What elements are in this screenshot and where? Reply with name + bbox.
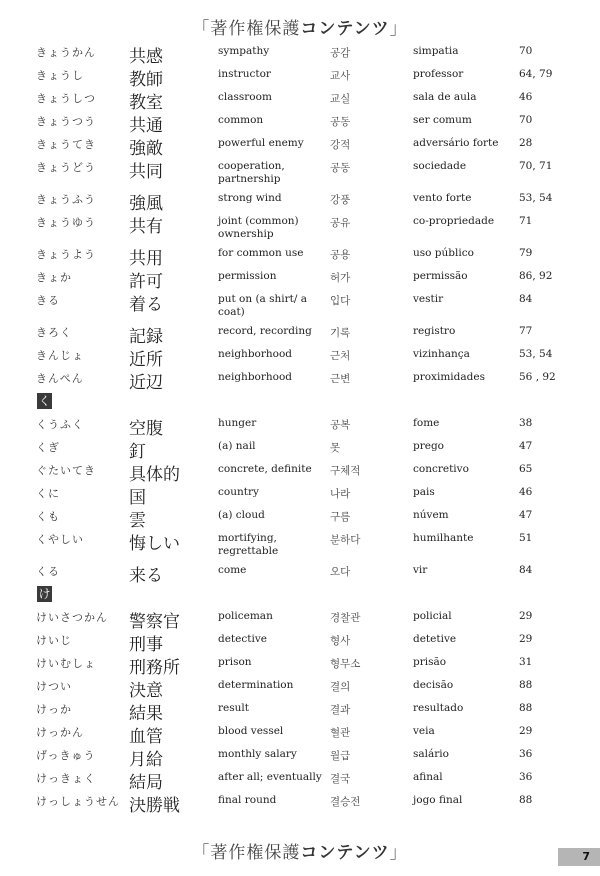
reading-kana: けいじ xyxy=(36,632,72,648)
translation-korean: 허가 xyxy=(330,270,350,285)
reading-kana: きょうよう xyxy=(36,246,96,262)
section-kana-badge: け xyxy=(37,586,52,602)
word-kanji: 教室 xyxy=(129,88,163,113)
page-references: 70 xyxy=(519,114,532,126)
reading-kana: きる xyxy=(36,292,60,308)
translation-portuguese: concretivo xyxy=(413,463,469,475)
reading-kana: きんぺん xyxy=(36,370,84,386)
translation-english: put on (a shirt/ a coat) xyxy=(218,293,323,319)
translation-portuguese: prisão xyxy=(413,656,446,668)
translation-korean: 강적 xyxy=(330,137,350,152)
translation-korean: 근처 xyxy=(330,348,350,363)
vocab-entry: けつい決意determination결의decisão88 xyxy=(0,676,600,699)
translation-portuguese: uso público xyxy=(413,247,474,259)
translation-portuguese: decisão xyxy=(413,679,453,691)
translation-portuguese: salário xyxy=(413,748,449,760)
translation-english: joint (common) ownership xyxy=(218,215,323,241)
translation-portuguese: núvem xyxy=(413,509,449,521)
word-kanji: 具体的 xyxy=(129,460,180,485)
translation-portuguese: policial xyxy=(413,610,452,622)
reading-kana: げっきゅう xyxy=(36,747,95,763)
word-kanji: 記録 xyxy=(129,322,163,347)
page-references: 70, 71 xyxy=(519,160,552,172)
word-kanji: 釘 xyxy=(129,437,146,462)
reading-kana: けっきょく xyxy=(36,770,96,786)
page-references: 36 xyxy=(519,771,532,783)
translation-korean: 교사 xyxy=(330,68,350,83)
translation-portuguese: detetive xyxy=(413,633,456,645)
word-kanji: 共用 xyxy=(129,244,163,269)
page-references: 47 xyxy=(519,509,532,521)
translation-english: neighborhood xyxy=(218,371,323,384)
word-kanji: 刑事 xyxy=(129,630,163,655)
word-kanji: 共感 xyxy=(129,42,163,67)
word-kanji: 教師 xyxy=(129,65,163,90)
vocab-entry: きょか許可permission허가permissão86, 92 xyxy=(0,267,600,290)
reading-kana: くに xyxy=(36,485,60,501)
reading-kana: くやしい xyxy=(36,531,84,547)
translation-english: policeman xyxy=(218,610,323,623)
translation-portuguese: vento forte xyxy=(413,192,471,204)
page-references: 65 xyxy=(519,463,532,475)
translation-english: classroom xyxy=(218,91,323,104)
translation-portuguese: ser comum xyxy=(413,114,472,126)
translation-korean: 분하다 xyxy=(330,532,360,547)
vocab-entry: けっきょく結局after all; eventually결국afinal36 xyxy=(0,768,600,791)
vocab-entry: きょうよう共用for common use공용uso público79 xyxy=(0,244,600,267)
reading-kana: きょうゆう xyxy=(36,214,96,230)
reading-kana: けいむしょ xyxy=(36,655,96,671)
vocab-entry: げっきゅう月給monthly salary월급salário36 xyxy=(0,745,600,768)
vocab-entry: けっしょうせん決勝戦final round결승전jogo final88 xyxy=(0,791,600,814)
reading-kana: けいさつかん xyxy=(36,609,108,625)
translation-korean: 근변 xyxy=(330,371,350,386)
page-references: 64, 79 xyxy=(519,68,552,80)
translation-portuguese: co-propriedade xyxy=(413,215,494,227)
vocab-entry: きょうつう共通common공동ser comum70 xyxy=(0,111,600,134)
translation-korean: 월급 xyxy=(330,748,350,763)
watermark-suffix: 」 xyxy=(390,19,408,39)
reading-kana: けっか xyxy=(36,701,72,717)
translation-english: (a) nail xyxy=(218,440,323,453)
watermark-prefix: 「著作権保護 xyxy=(192,19,300,39)
translation-portuguese: pais xyxy=(413,486,435,498)
reading-kana: けっかん xyxy=(36,724,84,740)
page-references: 47 xyxy=(519,440,532,452)
translation-portuguese: registro xyxy=(413,325,455,337)
translation-english: final round xyxy=(218,794,323,807)
translation-korean: 결의 xyxy=(330,679,350,694)
vocab-entry: きょうどう共同cooperation, partnership공동socieda… xyxy=(0,157,600,189)
vocab-entry: きんじょ近所neighborhood근처vizinhança53, 54 xyxy=(0,345,600,368)
word-kanji: 雲 xyxy=(129,506,146,531)
translation-korean: 공감 xyxy=(330,45,350,60)
translation-english: after all; eventually xyxy=(218,771,323,784)
page-references: 29 xyxy=(519,633,532,645)
translation-portuguese: fome xyxy=(413,417,439,429)
word-kanji: 決勝戦 xyxy=(129,791,180,816)
translation-korean: 공복 xyxy=(330,417,350,432)
vocab-entry: きる着るput on (a shirt/ a coat)입다vestir84 xyxy=(0,290,600,322)
reading-kana: きょうどう xyxy=(36,159,96,175)
translation-portuguese: resultado xyxy=(413,702,463,714)
reading-kana: きょうふう xyxy=(36,191,96,207)
translation-english: instructor xyxy=(218,68,323,81)
translation-korean: 공유 xyxy=(330,215,350,230)
translation-english: result xyxy=(218,702,323,715)
translation-english: blood vessel xyxy=(218,725,323,738)
translation-korean: 공동 xyxy=(330,114,350,129)
translation-english: determination xyxy=(218,679,323,692)
page-references: 36 xyxy=(519,748,532,760)
translation-portuguese: sociedade xyxy=(413,160,466,172)
vocab-entry: きょうかん共感sympathy공감simpatia70 xyxy=(0,42,600,65)
translation-portuguese: afinal xyxy=(413,771,443,783)
reading-kana: きょうし xyxy=(36,67,84,83)
translation-portuguese: vir xyxy=(413,564,427,576)
word-kanji: 許可 xyxy=(129,267,163,292)
reading-kana: きんじょ xyxy=(36,347,84,363)
translation-korean: 결과 xyxy=(330,702,350,717)
watermark-bold: コンテンツ xyxy=(300,843,389,863)
page-references: 88 xyxy=(519,794,532,806)
vocab-entry: きょうふう強風strong wind강풍vento forte53, 54 xyxy=(0,189,600,212)
page-number: 7 xyxy=(582,850,600,863)
vocab-entry: きょうしつ教室classroom교실sala de aula46 xyxy=(0,88,600,111)
translation-korean: 기록 xyxy=(330,325,350,340)
word-kanji: 共有 xyxy=(129,212,163,237)
vocab-entry: くも雲(a) cloud구름núvem47 xyxy=(0,506,600,529)
translation-english: detective xyxy=(218,633,323,646)
translation-english: country xyxy=(218,486,323,499)
translation-korean: 구체적 xyxy=(330,463,360,478)
page-references: 79 xyxy=(519,247,532,259)
word-kanji: 強敵 xyxy=(129,134,163,159)
vocab-entry: くぎ釘(a) nail못prego47 xyxy=(0,437,600,460)
translation-korean: 입다 xyxy=(330,293,350,308)
section-kana-badge: く xyxy=(37,393,52,409)
translation-korean: 나라 xyxy=(330,486,350,501)
vocab-entry: けっかん血管blood vessel혈관veia29 xyxy=(0,722,600,745)
word-kanji: 結果 xyxy=(129,699,163,724)
word-kanji: 刑務所 xyxy=(129,653,180,678)
page-references: 38 xyxy=(519,417,532,429)
word-kanji: 着る xyxy=(129,290,163,315)
reading-kana: きょか xyxy=(36,269,72,285)
page-references: 46 xyxy=(519,91,532,103)
translation-portuguese: proximidades xyxy=(413,371,485,383)
vocab-entry: くに国country나라pais46 xyxy=(0,483,600,506)
word-kanji: 空腹 xyxy=(129,414,163,439)
translation-english: hunger xyxy=(218,417,323,430)
translation-korean: 형무소 xyxy=(330,656,360,671)
page-references: 70 xyxy=(519,45,532,57)
reading-kana: きょうつう xyxy=(36,113,96,129)
translation-portuguese: humilhante xyxy=(413,532,473,544)
translation-portuguese: permissão xyxy=(413,270,468,282)
page-references: 88 xyxy=(519,679,532,691)
translation-korean: 공동 xyxy=(330,160,350,175)
translation-english: permission xyxy=(218,270,323,283)
vocab-entry: けっか結果result결과resultado88 xyxy=(0,699,600,722)
translation-english: prison xyxy=(218,656,323,669)
vocab-entry: けいむしょ刑務所prison형무소prisão31 xyxy=(0,653,600,676)
translation-korean: 결국 xyxy=(330,771,350,786)
page-references: 51 xyxy=(519,532,532,544)
translation-english: sympathy xyxy=(218,45,323,58)
vocab-entry: きんぺん近辺neighborhood근변proximidades56 , 92 xyxy=(0,368,600,391)
translation-english: powerful enemy xyxy=(218,137,323,150)
translation-english: monthly salary xyxy=(218,748,323,761)
translation-korean: 못 xyxy=(330,440,340,455)
page-references: 86, 92 xyxy=(519,270,552,282)
section-header: く xyxy=(0,391,600,414)
vocab-entry: きょうし教師instructor교사professor64, 79 xyxy=(0,65,600,88)
translation-portuguese: prego xyxy=(413,440,444,452)
translation-korean: 오다 xyxy=(330,564,350,579)
word-kanji: 月給 xyxy=(129,745,163,770)
translation-portuguese: jogo final xyxy=(413,794,462,806)
page-number-tab: 7 xyxy=(558,848,600,866)
watermark-prefix: 「著作権保護 xyxy=(192,843,300,863)
reading-kana: けっしょうせん xyxy=(36,793,120,809)
translation-korean: 형사 xyxy=(330,633,350,648)
page-references: 28 xyxy=(519,137,532,149)
translation-portuguese: professor xyxy=(413,68,463,80)
translation-english: neighborhood xyxy=(218,348,323,361)
translation-portuguese: vestir xyxy=(413,293,443,305)
translation-korean: 경찰관 xyxy=(330,610,360,625)
word-kanji: 強風 xyxy=(129,189,163,214)
translation-korean: 결승전 xyxy=(330,794,360,809)
page-references: 29 xyxy=(519,725,532,737)
page-references: 56 , 92 xyxy=(519,371,556,383)
word-kanji: 国 xyxy=(129,483,146,508)
reading-kana: くぎ xyxy=(36,439,60,455)
translation-korean: 교실 xyxy=(330,91,350,106)
vocabulary-list: きょうかん共感sympathy공감simpatia70きょうし教師instruc… xyxy=(0,42,600,814)
translation-portuguese: simpatia xyxy=(413,45,459,57)
translation-portuguese: vizinhança xyxy=(413,348,470,360)
watermark-bold: コンテンツ xyxy=(300,19,389,39)
page-references: 88 xyxy=(519,702,532,714)
reading-kana: くも xyxy=(36,508,60,524)
translation-korean: 구름 xyxy=(330,509,350,524)
page-references: 31 xyxy=(519,656,532,668)
translation-english: strong wind xyxy=(218,192,323,205)
vocab-entry: ぐたいてき具体的concrete, definite구체적concretivo6… xyxy=(0,460,600,483)
translation-korean: 혈관 xyxy=(330,725,350,740)
vocab-entry: きろく記録record, recording기록registro77 xyxy=(0,322,600,345)
translation-english: for common use xyxy=(218,247,323,260)
watermark-suffix: 」 xyxy=(390,843,408,863)
vocab-entry: くやしい悔しいmortifying, regrettable분하다humilha… xyxy=(0,529,600,561)
translation-english: (a) cloud xyxy=(218,509,323,522)
page-references: 53, 54 xyxy=(519,192,552,204)
copyright-watermark-bottom: 「著作権保護コンテンツ」 xyxy=(0,838,600,863)
page-references: 53, 54 xyxy=(519,348,552,360)
vocab-entry: くうふく空腹hunger공복fome38 xyxy=(0,414,600,437)
vocab-entry: くる来るcome오다vir84 xyxy=(0,561,600,584)
page-references: 84 xyxy=(519,564,532,576)
translation-portuguese: veia xyxy=(413,725,435,737)
translation-portuguese: sala de aula xyxy=(413,91,477,103)
reading-kana: ぐたいてき xyxy=(36,462,96,478)
word-kanji: 来る xyxy=(129,561,163,586)
translation-english: cooperation, partnership xyxy=(218,160,323,186)
word-kanji: 共同 xyxy=(129,157,163,182)
translation-english: come xyxy=(218,564,323,577)
word-kanji: 決意 xyxy=(129,676,163,701)
word-kanji: 警察官 xyxy=(129,607,180,632)
translation-korean: 강풍 xyxy=(330,192,350,207)
page-references: 84 xyxy=(519,293,532,305)
word-kanji: 近所 xyxy=(129,345,163,370)
reading-kana: けつい xyxy=(36,678,72,694)
page-references: 71 xyxy=(519,215,532,227)
vocab-entry: けいさつかん警察官policeman경찰관policial29 xyxy=(0,607,600,630)
reading-kana: きろく xyxy=(36,324,72,340)
word-kanji: 共通 xyxy=(129,111,163,136)
section-header: け xyxy=(0,584,600,607)
translation-korean: 공용 xyxy=(330,247,350,262)
reading-kana: きょうかん xyxy=(36,44,96,60)
page-references: 46 xyxy=(519,486,532,498)
translation-english: concrete, definite xyxy=(218,463,323,476)
page-references: 77 xyxy=(519,325,532,337)
reading-kana: きょうしつ xyxy=(36,90,96,106)
translation-portuguese: adversário forte xyxy=(413,137,499,149)
word-kanji: 悔しい xyxy=(129,529,180,554)
vocab-entry: けいじ刑事detective형사detetive29 xyxy=(0,630,600,653)
word-kanji: 近辺 xyxy=(129,368,163,393)
translation-english: record, recording xyxy=(218,325,323,338)
reading-kana: きょうてき xyxy=(36,136,96,152)
page-references: 29 xyxy=(519,610,532,622)
word-kanji: 結局 xyxy=(129,768,163,793)
reading-kana: くる xyxy=(36,563,60,579)
translation-english: common xyxy=(218,114,323,127)
translation-english: mortifying, regrettable xyxy=(218,532,323,558)
vocab-entry: きょうゆう共有joint (common) ownership공유co-prop… xyxy=(0,212,600,244)
reading-kana: くうふく xyxy=(36,416,84,432)
vocab-entry: きょうてき強敵powerful enemy강적adversário forte2… xyxy=(0,134,600,157)
copyright-watermark-top: 「著作権保護コンテンツ」 xyxy=(0,14,600,39)
word-kanji: 血管 xyxy=(129,722,163,747)
